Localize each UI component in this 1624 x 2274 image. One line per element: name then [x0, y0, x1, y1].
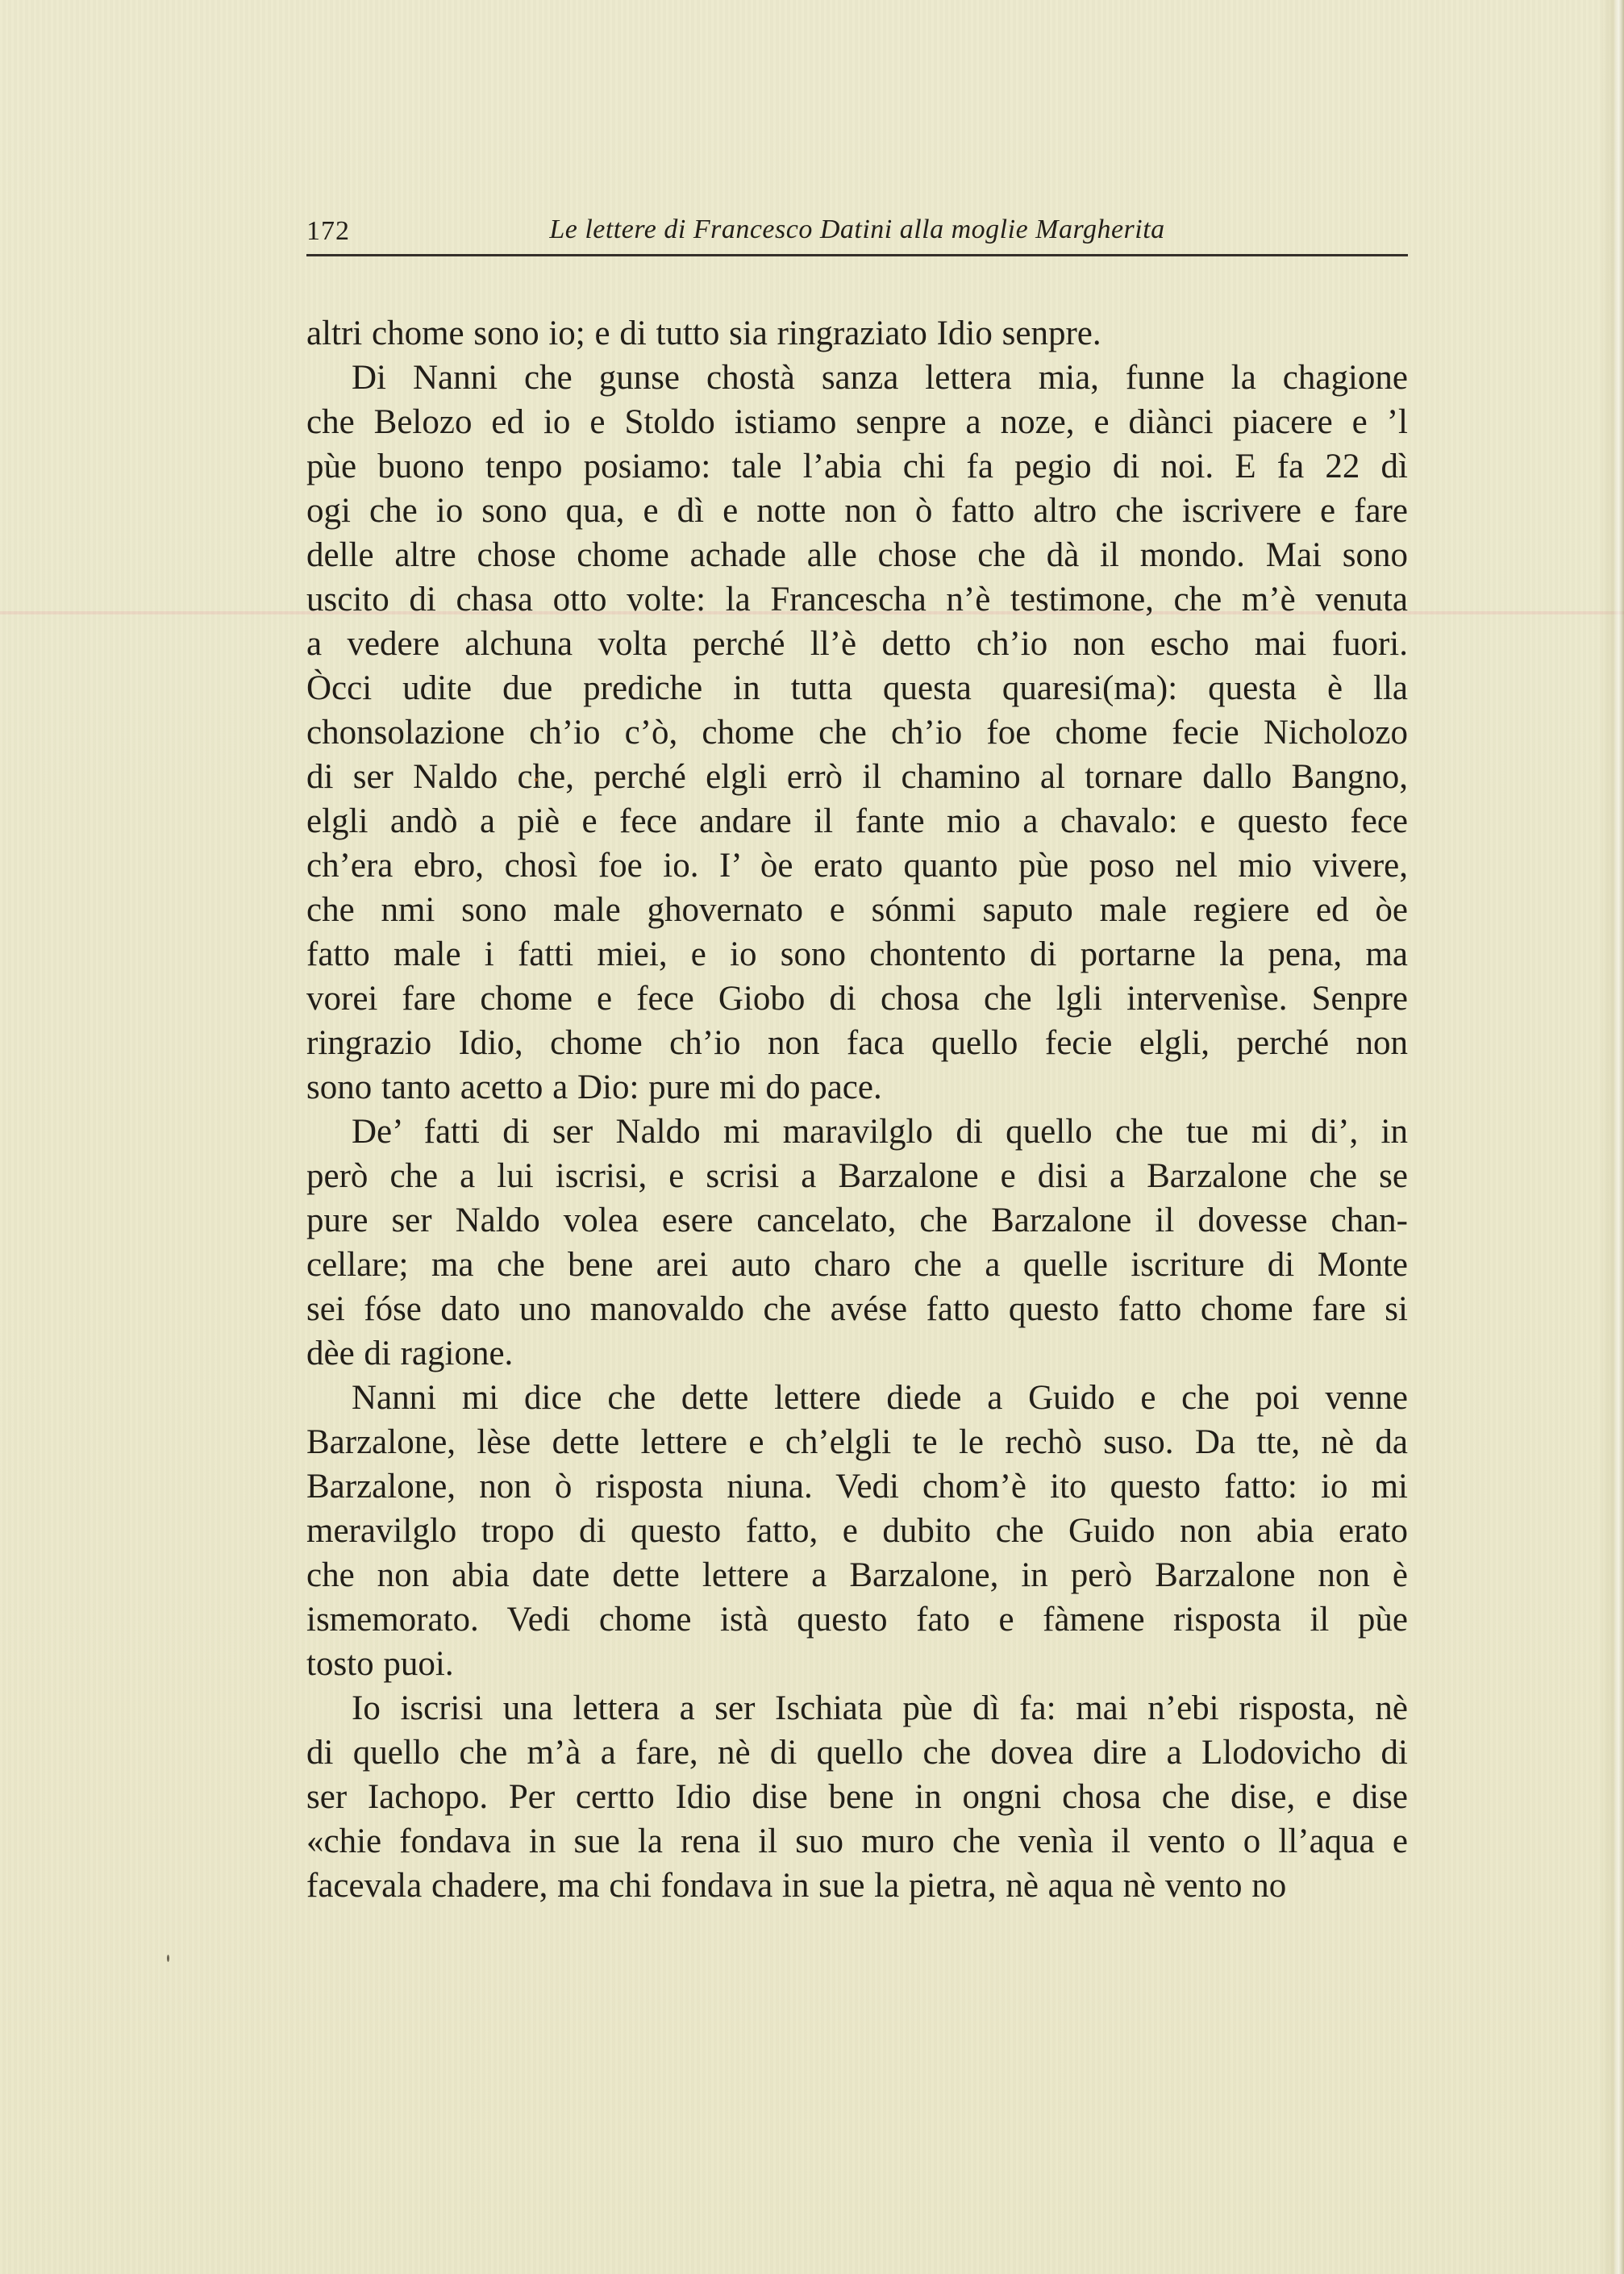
- text-line: Di Nanni che gunse chostà sanza lettera …: [306, 356, 1408, 400]
- text-line: sono tanto acetto a Dio: pure mi do pace…: [306, 1065, 1408, 1110]
- scan-speck: [535, 778, 538, 781]
- text-line: dèe di ragione.: [306, 1331, 1408, 1376]
- text-line: delle altre chose chome achade alle chos…: [306, 533, 1408, 577]
- text-line: di quello che m’à a fare, nè di quello c…: [306, 1730, 1408, 1775]
- text-line: pure ser Naldo volea esere cancelato, ch…: [306, 1198, 1408, 1243]
- text-line: però che a lui iscrisi, e scrisi a Barza…: [306, 1154, 1408, 1198]
- text-line: ringrazio Idio, chome ch’io non faca que…: [306, 1021, 1408, 1065]
- text-line: pùe buono tenpo posiamo: tale l’abia chi…: [306, 444, 1408, 489]
- text-line: sei fóse dato uno manovaldo che avése fa…: [306, 1287, 1408, 1331]
- text-line: fatto male i fatti miei, e io sono chont…: [306, 932, 1408, 977]
- text-line: che non abia date dette lettere a Barzal…: [306, 1553, 1408, 1597]
- scanned-book-page: { "header": { "page_number": "172", "run…: [0, 0, 1624, 2274]
- text-line: elgli andò a piè e fece andare il fante …: [306, 799, 1408, 843]
- text-line: ser Iachopo. Per certto Idio dise bene i…: [306, 1775, 1408, 1819]
- text-line: ch’era ebro, chosì foe io. I’ òe erato q…: [306, 843, 1408, 888]
- text-line: Barzalone, non ò risposta niuna. Vedi ch…: [306, 1464, 1408, 1509]
- text-line: tosto puoi.: [306, 1642, 1408, 1686]
- text-line: ogi che io sono qua, e dì e notte non ò …: [306, 489, 1408, 533]
- text-line: uscito di chasa otto volte: la Francesch…: [306, 577, 1408, 622]
- text-line: ismemorato. Vedi chome istà questo fato …: [306, 1597, 1408, 1642]
- text-line: altri chome sono io; e di tutto sia ring…: [306, 311, 1408, 356]
- text-line: Nanni mi dice che dette lettere diede a …: [306, 1376, 1408, 1420]
- text-line: a vedere alchuna volta perché ll’è detto…: [306, 622, 1408, 666]
- page-edge: [1600, 0, 1624, 2274]
- running-header: 172 Le lettere di Francesco Datini alla …: [306, 214, 1408, 250]
- text-line: che nmi sono male ghovernato e sónmi sap…: [306, 888, 1408, 932]
- text-line: meravilglo tropo di questo fatto, e dubi…: [306, 1509, 1408, 1553]
- text-line: De’ fatti di ser Naldo mi maravilglo di …: [306, 1110, 1408, 1154]
- text-line: Barzalone, lèse dette lettere e ch’elgli…: [306, 1420, 1408, 1464]
- text-line: chonsolazione ch’io c’ò, chome che ch’io…: [306, 710, 1408, 755]
- text-line: cellare; ma che bene arei auto charo che…: [306, 1243, 1408, 1287]
- header-rule: [306, 254, 1408, 256]
- text-line: di ser Naldo che, perché elgli errò il c…: [306, 755, 1408, 799]
- text-line: facevala chadere, ma chi fondava in sue …: [306, 1864, 1408, 1908]
- text-line: che Belozo ed io e Stoldo istiamo senpre…: [306, 400, 1408, 444]
- running-title: Le lettere di Francesco Datini alla mogl…: [306, 214, 1408, 245]
- text-line: Io iscrisi una lettera a ser Ischiata pù…: [306, 1686, 1408, 1730]
- scan-speck: [167, 1955, 169, 1962]
- text-line: «chie fondava in sue la rena il suo muro…: [306, 1819, 1408, 1864]
- text-line: vorei fare chome e fece Giobo di chosa c…: [306, 977, 1408, 1021]
- text-line: Òcci udite due prediche in tutta questa …: [306, 666, 1408, 710]
- body-text: altri chome sono io; e di tutto sia ring…: [306, 311, 1408, 1908]
